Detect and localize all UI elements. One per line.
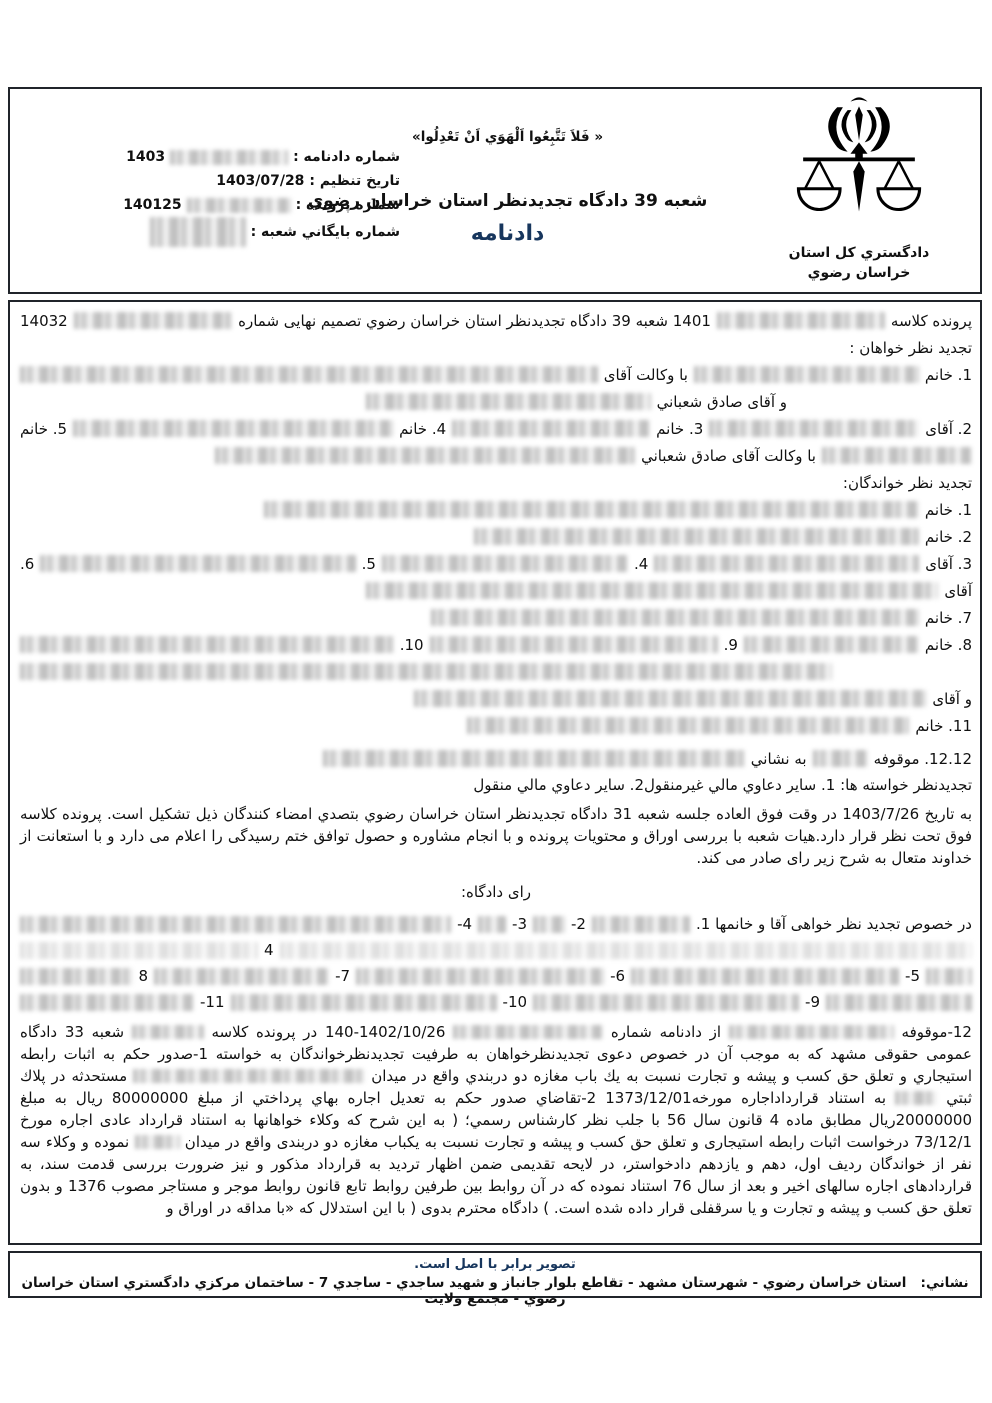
redaction <box>154 968 329 985</box>
footer-box: تصویر برابر با اصل است. نشاني: استان خرا… <box>8 1251 982 1298</box>
redaction <box>926 968 972 985</box>
case-header-part2: 1401 شعبه 39 دادگاه تجدیدنظر استان خراسا… <box>238 312 711 330</box>
respondent-row-6: 8. خانم 9. 10. <box>20 631 972 658</box>
redaction <box>431 609 919 626</box>
verdict-parties-row-4: 9- 10- 11- <box>20 989 972 1015</box>
redaction <box>264 501 919 518</box>
redaction <box>414 690 926 707</box>
judgment-body: پرونده کلاسه 1401 شعبه 39 دادگاه تجدیدنظ… <box>8 300 982 1245</box>
redaction <box>592 916 690 933</box>
party-3-number: 3- <box>512 915 527 933</box>
respondent-additional: و آقای <box>932 690 972 708</box>
court-judgment-page: { "header": { "verse": "«فَلاَ تَتَّبِعُ… <box>0 0 992 1403</box>
respondent-row-4: آقای <box>20 577 972 604</box>
issue-date-value: 1403/07/28 <box>216 173 304 189</box>
appellant-3-label: 3. خانم <box>656 420 703 438</box>
header-box: «فَلاَ تَتَّبِعُوا اَلْهَوَي اَنْ تَعْدِ… <box>8 87 982 294</box>
respondent-2-label: 2. خانم <box>925 528 972 546</box>
redaction <box>717 312 885 329</box>
certified-copy-note: تصویر برابر با اصل است. <box>10 1257 980 1272</box>
redaction <box>631 968 899 985</box>
judiciary-name: دادگستري كل استان خراسان رضوي <box>750 243 968 283</box>
party-10-number: 10- <box>503 993 528 1011</box>
address-phrase: به نشاني <box>751 750 807 768</box>
redaction <box>826 994 972 1011</box>
redaction <box>170 150 288 165</box>
redaction <box>215 447 635 464</box>
redaction <box>73 420 393 437</box>
scales-of-justice-icon <box>788 95 930 237</box>
party-5-number: 5- <box>905 967 920 985</box>
respondent-3-label: 3. آقای <box>925 555 972 573</box>
redaction <box>356 968 604 985</box>
respondent-row-1: 1. خانم <box>20 496 972 523</box>
redaction <box>280 942 972 959</box>
case-header-line: پرونده کلاسه 1401 شعبه 39 دادگاه تجدیدنظ… <box>20 307 972 334</box>
court-branch-title: شعبه 39 دادگاه تجدیدنظر استان خراسان رضو… <box>235 191 780 211</box>
redaction <box>323 750 745 767</box>
respondent-11-label: 11. خانم <box>915 717 972 735</box>
respondent-row-8: و آقای <box>20 685 972 712</box>
redaction <box>366 393 651 410</box>
respondent-10-label: 10. <box>400 636 424 654</box>
verdict-intro: در خصوص تجدید نظر خواهی آقا و خانمها 1. <box>696 915 972 933</box>
address-text: استان خراسان رضوي - شهرستان مشهد - تقاطع… <box>21 1275 906 1307</box>
appellant-2-label: 2. آقای <box>925 420 972 438</box>
appellant-row-1: 1. خانم با وکالت آقای <box>20 361 972 388</box>
redaction <box>20 366 598 383</box>
redaction <box>453 1025 603 1039</box>
appellant-row-3: 2. آقای 3. خانم 4. خانم 5. خانم <box>20 415 972 442</box>
redaction <box>20 916 451 933</box>
respondent-9-label: 9. <box>724 636 738 654</box>
attorney-name: و آقای صادق شعباني <box>657 393 787 411</box>
appellant-5-label: 5. خانم <box>20 420 67 438</box>
redaction <box>20 994 194 1011</box>
respondent-12-endowment: 12.12. موقوفه <box>874 750 972 768</box>
redaction <box>895 1091 937 1105</box>
redaction <box>20 942 258 959</box>
redaction <box>20 663 832 680</box>
issue-date-row: تاریخ تنظیم : 1403/07/28 <box>88 169 400 193</box>
redaction <box>744 636 919 653</box>
judgment-number-value: 1403 <box>126 149 165 165</box>
party-9-number: 9- <box>805 993 820 1011</box>
appellant-4-label: 4. خانم <box>399 420 446 438</box>
quran-verse: «فَلاَ تَتَّبِعُوا اَلْهَوَي اَنْ تَعْدِ… <box>235 129 780 145</box>
final-decision-number: 14032 <box>20 312 68 330</box>
redaction <box>533 994 799 1011</box>
redaction <box>478 916 506 933</box>
verdict-text-segment: 1402/10/26-140 در پرونده کلاسه <box>204 1023 453 1041</box>
redaction <box>709 420 919 437</box>
respondent-1-label: 1. خانم <box>925 501 972 519</box>
redaction <box>813 750 868 767</box>
judgment-number-label: شماره دادنامه : <box>293 149 400 165</box>
verdict-text-segment: از دادنامه شماره <box>603 1023 729 1041</box>
document-title: دادنامه <box>235 221 780 246</box>
verdict-parties-row-2: 4 <box>20 937 972 963</box>
respondent-row-10: 12.12. موقوفه به نشاني <box>20 745 972 772</box>
appellant-row-2: و آقای صادق شعباني <box>20 388 972 415</box>
judgment-number-row: شماره دادنامه : 1403 <box>88 145 400 169</box>
redaction <box>694 366 919 383</box>
respondent-row-2: 2. خانم <box>20 523 972 550</box>
issue-date-label: تاریخ تنظیم : <box>309 173 400 189</box>
respondent-row-7 <box>20 658 972 685</box>
verdict-parties-row-3: 5- 6- 7- 8 <box>20 963 972 989</box>
redaction <box>452 420 650 437</box>
redaction <box>533 916 565 933</box>
appeal-claims-line: تجدیدنظر خواسته ها: 1. سایر دعاوي مالي غ… <box>20 772 972 797</box>
redaction <box>467 717 909 734</box>
respondent-row-3: 3. آقای 4. 5. 6. <box>20 550 972 577</box>
party-7-number: 7- <box>335 967 350 985</box>
verdict-heading: رای دادگاه: <box>20 883 972 901</box>
respondents-heading: تجدید نظر خواندگان: <box>20 469 972 496</box>
verdict-text-segment: 12-موقوفه <box>894 1023 972 1041</box>
redaction <box>74 312 232 329</box>
appellant-row-4: با وکالت آقای صادق شعباني <box>20 442 972 469</box>
respondent-5-label: 5. <box>362 555 376 573</box>
session-paragraph: به تاریخ 1403/7/26 در وقت فوق العاده جلس… <box>20 803 972 869</box>
redaction <box>135 1135 180 1149</box>
respondent-8-label: 8. خانم <box>925 636 972 654</box>
address-label: نشاني: <box>921 1275 969 1291</box>
redaction <box>150 217 246 247</box>
redaction <box>474 528 919 545</box>
party-4-continued: 4 <box>264 941 274 959</box>
appellants-heading: تجدید نظر خواهان : <box>20 334 972 361</box>
respondent-6-continued: آقای <box>944 582 972 600</box>
redaction <box>729 1025 894 1039</box>
redaction <box>822 447 972 464</box>
judiciary-emblem-block: دادگستري كل استان خراسان رضوي <box>750 95 968 283</box>
attorney-phrase: با وکالت آقای <box>604 366 688 384</box>
verdict-paragraph: 12-موقوفه از دادنامه شماره 1402/10/26-14… <box>20 1021 972 1219</box>
redaction <box>40 555 355 572</box>
redaction <box>20 968 133 985</box>
redaction <box>366 582 938 599</box>
party-8-number: 8 <box>139 967 149 985</box>
attorney-phrase-2: با وکالت آقای صادق شعباني <box>641 447 816 465</box>
party-2-number: 2- <box>571 915 586 933</box>
redaction <box>231 994 497 1011</box>
respondent-row-9: 11. خانم <box>20 712 972 739</box>
redaction <box>133 1069 365 1083</box>
respondent-4-label: 4. <box>634 555 648 573</box>
party-4-number: 4- <box>457 915 472 933</box>
redaction <box>430 636 718 653</box>
verdict-parties-row-1: در خصوص تجدید نظر خواهی آقا و خانمها 1. … <box>20 911 972 937</box>
case-header-part1: پرونده کلاسه <box>891 312 972 330</box>
court-address: نشاني: استان خراسان رضوي - شهرستان مشهد … <box>10 1275 980 1307</box>
redaction <box>132 1025 204 1039</box>
party-11-number: 11- <box>200 993 225 1011</box>
redaction <box>654 555 919 572</box>
appellant-1-label: 1. خانم <box>925 366 972 384</box>
respondent-6-label: 6. <box>20 555 34 573</box>
case-number-value: 140125 <box>123 197 181 213</box>
respondent-7-label: 7. خانم <box>925 609 972 627</box>
respondent-row-5: 7. خانم <box>20 604 972 631</box>
redaction <box>382 555 628 572</box>
party-6-number: 6- <box>610 967 625 985</box>
redaction <box>20 636 394 653</box>
